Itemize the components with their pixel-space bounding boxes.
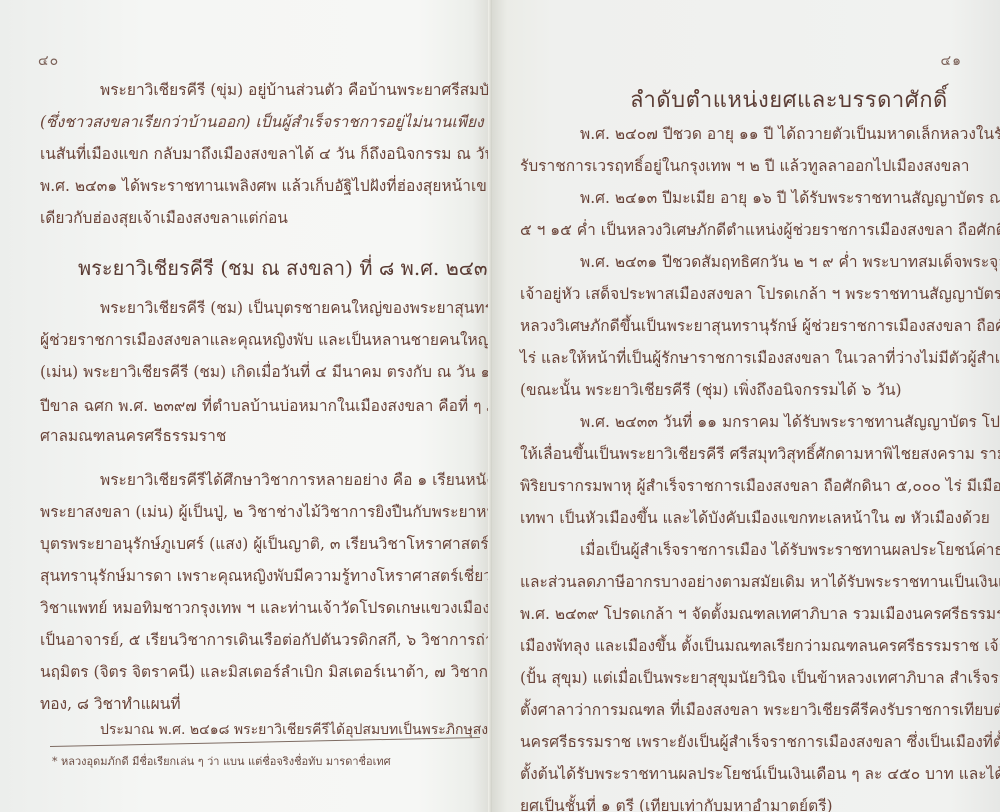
text-line: ทอง, ๘ วิชาทำแผนที่ (40, 694, 181, 714)
text-line: นครศรีธรรมราช เพราะยังเป็นผู้สำเร็จราชกา… (520, 732, 1000, 752)
text-line: หลวงวิเศษภักดีขึ้นเป็นพระยาสุนทรานุรักษ์… (520, 316, 1000, 336)
text-line: พ.ศ. ๒๔๐๗ ปีชวด อายุ ๑๑ ปี ได้ถวายตัวเป็… (580, 124, 1000, 144)
footnote: * หลวงอุดมภักดี มีชื่อเรียกเล่น ๆ ว่า แบ… (52, 752, 391, 770)
page-title: ลำดับตำแหน่งยศและบรรดาศักดิ์ (630, 82, 948, 117)
text-line: และส่วนลดภาษีอากรบางอย่างตามสมัยเดิม หาไ… (520, 572, 1000, 592)
text-line: ให้เลื่อนขึ้นเป็นพระยาวิเชียรคีรี ศรีสมุ… (520, 444, 1000, 464)
page-number-right: ๔๑ (941, 50, 962, 72)
text-line: ตั้งต้นได้รับพระราชทานผลประโยชน์เป็นเงิน… (520, 764, 1000, 784)
text-line: พิริยบรากรมพาหุ ผู้สำเร็จราชการเมืองสงขล… (520, 476, 1000, 496)
text-line: เมืองพัทลุง และเมืองขึ้น ตั้งเป็นมณฑลเรี… (520, 636, 1000, 656)
text-line: ตั้งศาลาว่าการมณฑล ที่เมืองสงขลา พระยาวิ… (520, 700, 1000, 720)
text-line: ประมาณ พ.ศ. ๒๔๑๘ พระยาวิเชียรคีรีได้อุปส… (100, 720, 555, 740)
text-line: ยศเป็นชั้นที่ ๑ ตรี (เทียบเท่ากับมหาอำมา… (520, 796, 833, 812)
text-line: พ.ศ. ๒๔๓๓ วันที่ ๑๑ มกราคม ได้รับพระราชท… (580, 412, 1000, 432)
text-line: เจ้าอยู่หัว เสด็จประพาสเมืองสงขลา โปรดเก… (520, 284, 1000, 304)
text-line: (ปั้น สุขุม) แต่เมื่อเป็นพระยาสุขุมนัยวิ… (520, 668, 1000, 688)
text-line: (ขณะนั้น พระยาวิเชียรคีรี (ชุ่ม) เพิ่งถึ… (520, 380, 902, 400)
text-line: เมื่อเป็นผู้สำเร็จราชการเมือง ได้รับพระร… (580, 540, 1000, 560)
open-book-spread: ๔๐ พระยาวิเชียรคีรี (ขุ่ม) อยู่บ้านส่วนต… (0, 0, 1000, 812)
page-number-left: ๔๐ (38, 50, 59, 72)
text-line: ๕ ฯ ๑๕ ค่ำ เป็นหลวงวิเศษภักดีตำแหน่งผู้ช… (520, 220, 1000, 240)
text-line: เทพา เป็นหัวเมืองขึ้น และได้บังคับเมืองแ… (520, 508, 990, 528)
text-line: (เม่น) พระยาวิเชียรคีรี (ชม) เกิดเมื่อวั… (40, 362, 544, 382)
text-line: ไร่ และให้หน้าที่เป็นผู้รักษาราชการเมือง… (520, 348, 1000, 368)
text-line: รับราชการเวรฤทธิ์อยู่ในกรุงเทพ ฯ ๒ ปี แล… (520, 156, 970, 176)
left-page: ๔๐ พระยาวิเชียรคีรี (ขุ่ม) อยู่บ้านส่วนต… (0, 0, 492, 812)
text-line: ศาลมณฑลนครศรีธรรมราช (40, 426, 226, 446)
right-page: ๔๑ ลำดับตำแหน่งยศและบรรดาศักดิ์ พ.ศ. ๒๔๐… (492, 0, 1000, 812)
text-line: เดียวกับฮ่องสุยเจ้าเมืองสงขลาแต่ก่อน (40, 208, 288, 228)
text-line: พ.ศ. ๒๔๓๑ ปีชวดสัมฤทธิศกวัน ๒ ฯ ๙ ค่ำ พร… (580, 252, 1000, 272)
text-line: พ.ศ. ๒๔๓๙ โปรดเกล้า ฯ จัดตั้งมณฑลเทศาภิบ… (520, 604, 1000, 624)
text-line: พ.ศ. ๒๔๑๓ ปีมะเมีย อายุ ๑๖ ปี ได้รับพระร… (580, 188, 1000, 208)
